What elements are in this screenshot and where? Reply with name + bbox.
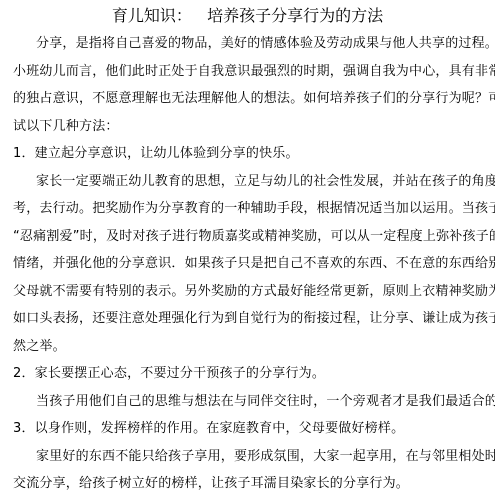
section-1-line-1: 家长一定要端正幼儿教育的思想，立足与幼儿的社会性发展，并站在孩子的角度去思: [36, 172, 495, 192]
section-3-heading: 3．以身作则，发挥榜样的作用。在家庭教育中，父母要做好榜样。: [13, 419, 404, 439]
section-1-line-7: 然之举。: [13, 337, 66, 357]
paragraph-intro-line-1: 分享，是指将自己喜爱的物品，美好的情感体验及劳动成果与他人共享的过程。对于: [36, 34, 495, 54]
section-1-line-6: 如口头表扬，还要注意处理强化行为到自觉行为的衔接过程，让分享、谦让成为孩子的自: [13, 309, 495, 329]
paragraph-intro-line-3: 的独占意识，不愿意理解也无法理解他人的想法。如何培养孩子们的分享行为呢？可以试: [13, 89, 495, 109]
paragraph-intro-line-2: 小班幼儿而言，他们此时正处于自我意识最强烈的时期，强调自我为中心，具有非常强烈: [13, 62, 495, 82]
document-page: 育儿知识： 培养孩子分享行为的方法 分享，是指将自己喜爱的物品，美好的情感体验及…: [0, 0, 495, 502]
section-1-line-3: “忍痛割爱”时，及时对孩子进行物质嘉奖或精神奖励，可以从一定程度上弥补孩子的失落: [13, 227, 495, 247]
section-2-heading: 2．家长要摆正心态，不要过分干预孩子的分享行为。: [13, 364, 325, 384]
paragraph-intro-line-4: 试以下几种方法：: [13, 117, 119, 137]
section-3-line-1: 家里好的东西不能只给孩子享用，要形成氛围，大家一起享用，在与邻里相处时，多: [36, 447, 495, 467]
section-1-line-2: 考，去行动。把奖励作为分享教育的一种辅助手段，根据情况适当加以运用。当孩子确实: [13, 199, 495, 219]
section-3-line-2: 交流分享，给孩子树立好的榜样，让孩子耳濡目染家长的分享行为。: [13, 474, 409, 494]
document-title: 育儿知识： 培养孩子分享行为的方法: [0, 4, 495, 28]
section-1-line-4: 情绪，并强化他的分享意识．如果孩子只是把自己不喜欢的东西、不在意的东西给别人，: [13, 254, 495, 274]
section-1-line-5: 父母就不需要有特别的表示。另外奖励的方式最好能经常更新，原则上衣精神奖励为主，: [13, 282, 495, 302]
section-2-line-1: 当孩子用他们自己的思维与想法在与同伴交往时，一个旁观者才是我们最适合的角色。: [36, 392, 495, 412]
section-1-heading: 1．建立起分享意识，让幼儿体验到分享的快乐。: [13, 144, 299, 164]
